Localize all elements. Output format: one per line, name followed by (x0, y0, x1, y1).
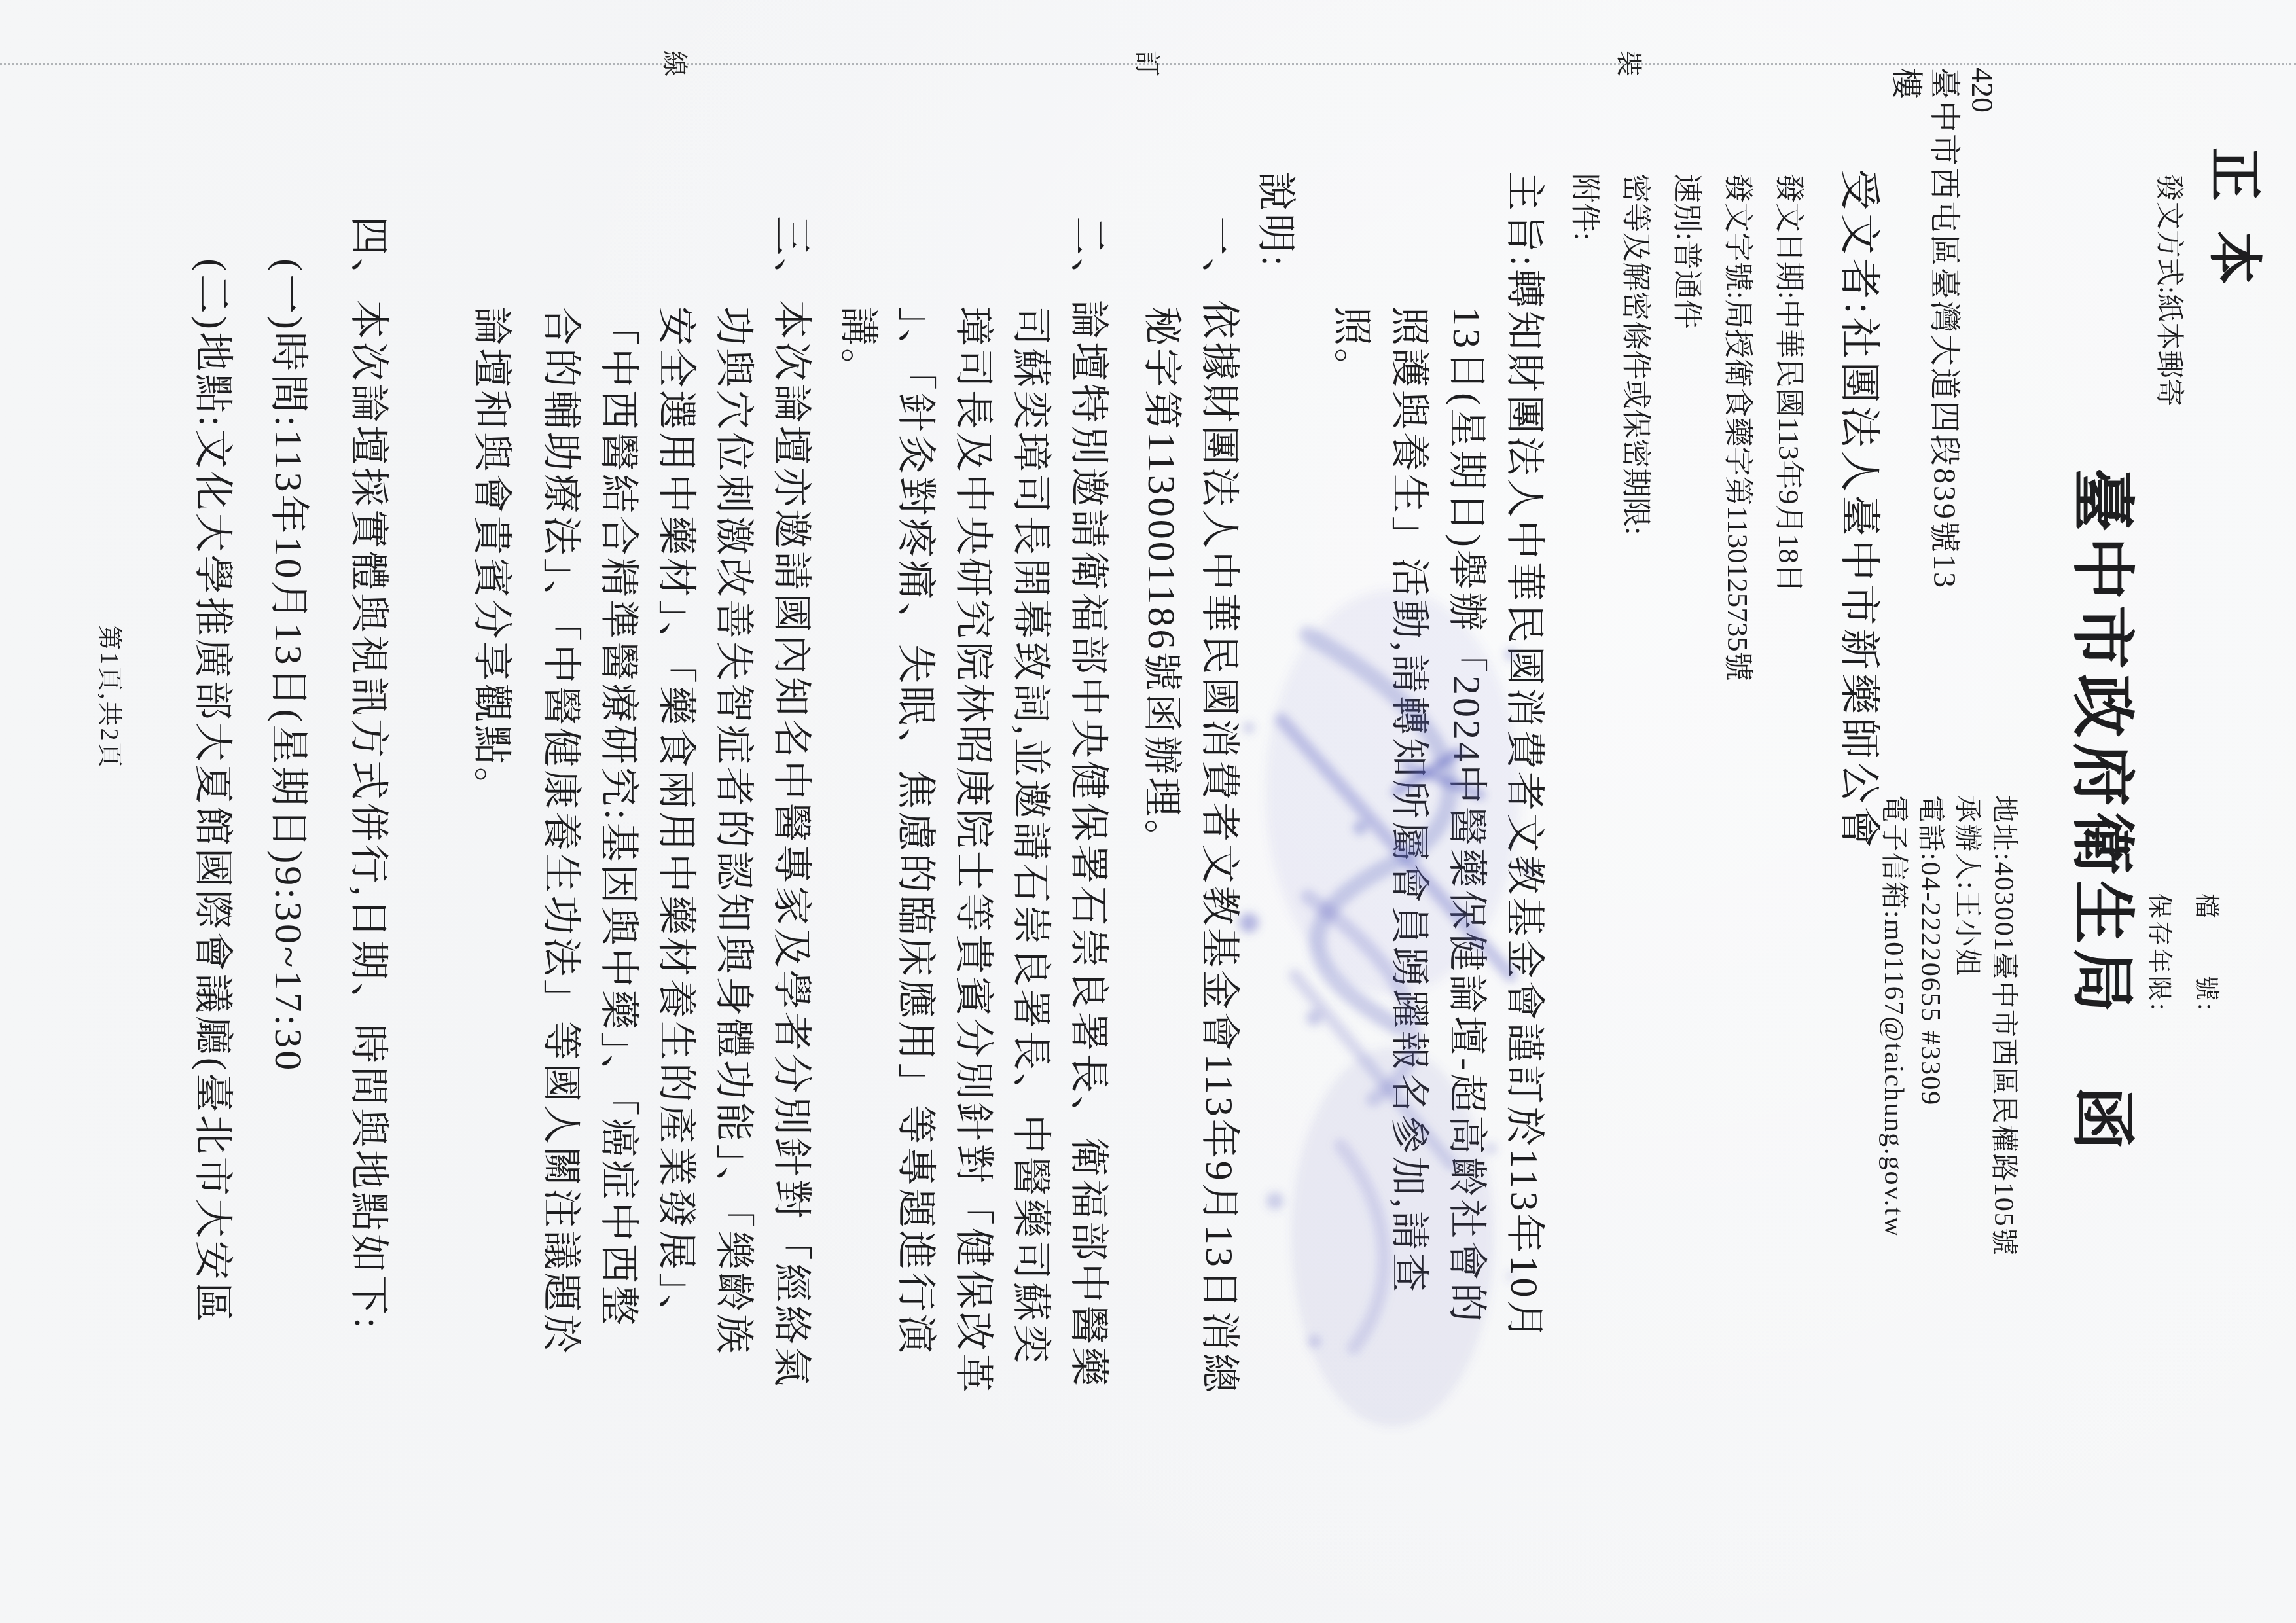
explanation-item-3-line-4: 「中西醫結合精準醫療研究:基因與中藥」、「癌症中西整 (598, 306, 639, 1328)
copy-type-label: 正本 (2206, 147, 2262, 315)
explanation-item-2-line-4: 」、「針灸對疼痛、失眠、焦慮的臨床應用」等專題進行演 (895, 306, 936, 1356)
issue-number-line: 發文字號:局授衛食藥字第1130125735號 (1722, 173, 1753, 681)
archive-number-label: 檔 號: (2193, 893, 2219, 1013)
recipient-address-line-1: 臺中市西屯區臺灣大道四段839號13 (1928, 67, 1960, 590)
scanned-document-page: 裝 訂 線 檔 號: 保存年限: 正本 發文方式:紙本郵寄 臺中市政府衛生局 函… (0, 0, 2296, 1623)
binding-mark-xian: 線 (658, 39, 695, 88)
agency-address-line: 地址:403001臺中市西區民權路105號 (1989, 795, 2018, 1257)
delivery-method-line: 發文方式:紙本郵寄 (2154, 173, 2183, 406)
speed-level-line: 速別:普通件 (1671, 173, 1702, 329)
binding-mark-ding: 訂 (1130, 39, 1168, 88)
agency-contact-person-line: 承辦人:王小姐 (1952, 795, 1981, 977)
recipient-name-line: 受文者:社團法人臺中市新藥師公會 (1838, 169, 1881, 851)
explanation-item-3-line-1: 三、本次論壇亦邀請國內知名中醫專家及學者分別針對「經絡氣 (770, 216, 812, 1389)
agency-email-line: 電子信箱:m01167@taichung.gov.tw (1879, 795, 1908, 1238)
explanation-item-2-line-1: 二、論壇特別邀請衛福部中央健保署石崇良署長、衛福部中醫藥 (1067, 216, 1109, 1389)
recipient-zipcode: 420 (1966, 67, 1998, 113)
agency-phone-line: 電話:04-22220655 #3309 (1916, 795, 1945, 1106)
subject-line-4: 照。 (1331, 306, 1372, 390)
attachment-label-line: 附件: (1569, 173, 1600, 241)
explanation-label: 說明: (1255, 171, 1296, 269)
recipient-address-line-2: 樓 (1890, 67, 1922, 99)
explanation-item-2-line-5: 講。 (837, 306, 878, 390)
page-number-footer: 第1頁,共2頁 (96, 625, 122, 770)
explanation-item-3-line-3: 安全選用中藥材」、「藥食兩用中藥材養生的產業發展」、 (655, 306, 696, 1336)
security-level-line: 密等及解密條件或保密期限: (1620, 173, 1651, 535)
explanation-item-2-line-3: 璋司長及中央研究院林昭庚院士等貴賓分別針對「健保改革 (952, 306, 994, 1395)
retention-period-label: 保存年限: (2145, 893, 2172, 1013)
subject-line-1: 主旨:轉知財團法人中華民國消費者文教基金會謹訂於113年10月 (1503, 171, 1545, 1342)
subject-line-2: 13日(星期日)舉辦「2024中醫藥保健論壇-超高齡社會的 (1446, 306, 1487, 1325)
document-title: 臺中市政府衛生局 函 (2068, 0, 2135, 1623)
explanation-item-2-line-2: 司蘇奕璋司長開幕致詞,並邀請石崇良署長、中醫藥司蘇奕 (1010, 306, 1051, 1366)
issue-date-line: 發文日期:中華民國113年9月18日 (1773, 173, 1804, 593)
explanation-item-1-line-2: 秘字第1130001186號函辦理。 (1141, 306, 1182, 861)
explanation-item-4-place-line: (二)地點:文化大學推廣部大夏館國際會議廳(臺北市大安區 (192, 259, 233, 1325)
explanation-item-3-line-5: 合的輔助療法」、「中醫健康養生功法」等國人關注議題於 (540, 306, 581, 1356)
explanation-item-4-line-1: 四、本次論壇採實體與視訊方式併行,日期、時間與地點如下: (348, 216, 389, 1331)
explanation-item-1-line-1: 一、依據財團法人中華民國消費者文教基金會113年9月13日消總 (1198, 216, 1240, 1395)
document-portrait-layer: 裝 訂 線 檔 號: 保存年限: 正本 發文方式:紙本郵寄 臺中市政府衛生局 函… (0, 0, 2296, 1623)
explanation-item-3-line-6: 論壇和與會貴賓分享觀點。 (471, 306, 512, 809)
explanation-item-4-time-line: (一)時間:113年10月13日(星期日)9:30~17:30 (268, 259, 309, 1073)
explanation-item-3-line-2: 功與穴位刺激改善失智症者的認知與身體功能」、「樂齡族 (713, 306, 754, 1356)
binding-mark-zhuang: 裝 (1612, 39, 1649, 88)
subject-line-3: 照護與養生」活動,請轉知所屬會員踴躍報名參加,請查 (1388, 306, 1429, 1294)
